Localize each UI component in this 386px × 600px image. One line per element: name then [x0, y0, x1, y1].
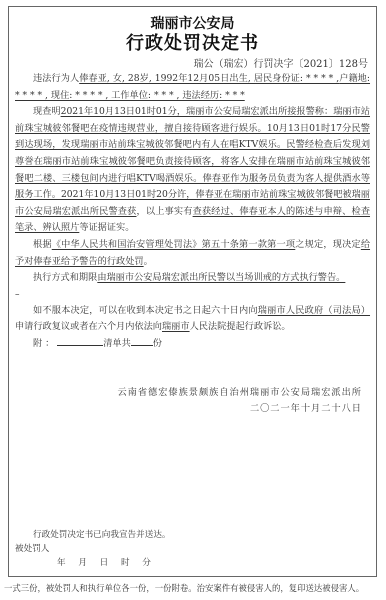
execution-paragraph: 执行方式和期限由瑞丽市公安局瑞宏派出所民警以当场训戒的方式执行警告。 — [15, 270, 370, 287]
issuing-authority: 云南省德宏傣族景颇族自治州瑞丽市公安局瑞宏派出所 — [118, 385, 363, 401]
facts-label: 现查明 — [33, 106, 61, 117]
violator-paragraph: 违法行为人俸春亚, 女, 28岁, 1992年12月05日出生, 居民身份证: … — [15, 71, 370, 104]
decision-prefix: 现决定 — [333, 239, 361, 250]
basis-paragraph: 根据《中华人民共和国治安管理处罚法》第五十条第一款第一项之规定，现决定给予对俸春… — [15, 237, 370, 270]
violator-label: 违法行为人 — [33, 73, 79, 84]
receipt-block: 行政处罚决定书已向我宣告并送达。 被处罚人 年 月 日 时 分 — [15, 528, 171, 570]
document-number: 瑞公（瑞宏）行罚决字〔2021〕128号 — [193, 55, 368, 70]
execution-dash: – — [15, 287, 370, 303]
facts-text: 2021年10月13日01时01分，瑞丽市公安局瑞宏派出所接报警称：瑞丽市站前珠… — [15, 106, 370, 217]
basis-prefix: 根据 — [33, 239, 52, 250]
law-citation: 《中华人民共和国治安管理处罚法》第五十条第一款第一项 — [52, 239, 296, 250]
evidence-suffix: 等证据证实。 — [79, 222, 134, 233]
list-unit: 份 — [153, 338, 162, 349]
receipt-datetime-fields: 年 月 日 时 分 — [15, 556, 171, 570]
recipient-label: 被处罚人 — [15, 542, 171, 556]
list-label: 清单共 — [103, 338, 131, 349]
attachment-blank — [57, 336, 103, 346]
execution-prefix: 执行方式和期限 — [33, 272, 97, 283]
list-count-blank — [131, 336, 153, 346]
appeal-paragraph: 如不服本决定，可以在收到本决定书之日起六十日内向瑞丽市人民政府（司法局）申请行政… — [15, 303, 370, 336]
appeal-court-city: 瑞丽市 — [162, 321, 190, 332]
execution-text: 由瑞丽市公安局瑞宏派出所民警以当场训戒的方式执行警告。 — [97, 272, 345, 283]
appeal-prefix: 如不服本决定，可以在收到本决定书之日起六十日内向 — [33, 305, 258, 316]
signature-block: 云南省德宏傣族景颇族自治州瑞丽市公安局瑞宏派出所 二〇二一年十月二十八日 — [118, 385, 363, 417]
attachment-label: 附 ： — [33, 338, 54, 349]
document-title: 行政处罚决定书 — [9, 29, 376, 55]
appeal-middle: 申请行政复议或者在六个月内依法向 — [15, 321, 162, 332]
document-body: 违法行为人俸春亚, 女, 28岁, 1992年12月05日出生, 居民身份证: … — [15, 71, 370, 353]
decision-suffix: 。 — [144, 256, 153, 267]
footer-note: 一式三份，被处罚人和执行单位各一份，一份附卷。治安案件有被侵害人的，复印送达被侵… — [4, 582, 364, 594]
attachment-line: 附 ： 清单共份 — [15, 336, 370, 353]
issue-date: 二〇二一年十月二十八日 — [118, 401, 363, 417]
violator-details-line1: 俸春亚, 女, 28岁, 1992年12月05日出生, 居民身份证: * * *… — [79, 73, 339, 84]
receipt-statement: 行政处罚决定书已向我宣告并送达。 — [15, 528, 171, 542]
facts-paragraph: 现查明2021年10月13日01时01分，瑞丽市公安局瑞宏派出所接报警称：瑞丽市… — [15, 104, 370, 237]
appeal-government: 瑞丽市人民政府（司法局） — [258, 305, 370, 316]
decision-document: 瑞丽市公安局 行政处罚决定书 瑞公（瑞宏）行罚决字〔2021〕128号 违法行为… — [8, 6, 377, 577]
facts-suffix: ，以上事实有 — [137, 206, 193, 217]
basis-suffix: 之规定， — [295, 239, 332, 250]
appeal-suffix: 人民法院提起行政诉讼。 — [190, 321, 291, 332]
